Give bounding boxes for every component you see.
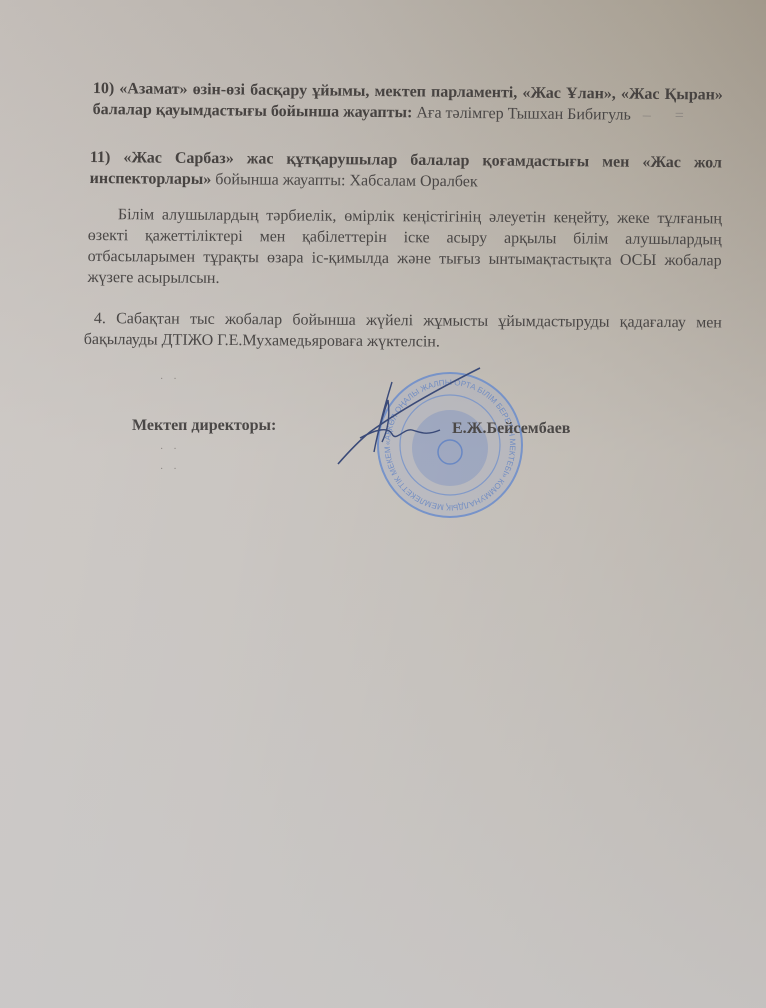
item-10-responsible: Аға тәлімгер Тышхан Бибигуль bbox=[412, 104, 631, 123]
director-name: Е.Ж.Бейсембаев bbox=[452, 420, 570, 438]
item-11-paragraph: 11) «Жас Сарбаз» жас құтқарушылар балала… bbox=[90, 147, 722, 195]
item-11-responsible: бойынша жауапты: Хабсалам Оралбек bbox=[211, 171, 477, 190]
main-paragraph: Білім алушылардың тәрбиелік, өмірлік кең… bbox=[87, 204, 722, 292]
item-4-paragraph: 4. Сабақтан тыс жобалар бойынша жүйелі ж… bbox=[84, 308, 722, 354]
margin-dots: · · bbox=[160, 374, 177, 385]
margin-dots: · · bbox=[160, 444, 177, 455]
pen-marks: – = bbox=[643, 107, 694, 125]
director-label: Мектеп директоры: bbox=[132, 417, 276, 435]
document-page: 10) «Азамат» өзін-өзі басқару ұйымы, мек… bbox=[0, 0, 766, 1008]
item-10-paragraph: 10) «Азамат» өзін-өзі басқару ұйымы, мек… bbox=[93, 78, 723, 127]
signature-icon bbox=[330, 360, 490, 470]
margin-dots: · · bbox=[160, 464, 177, 475]
